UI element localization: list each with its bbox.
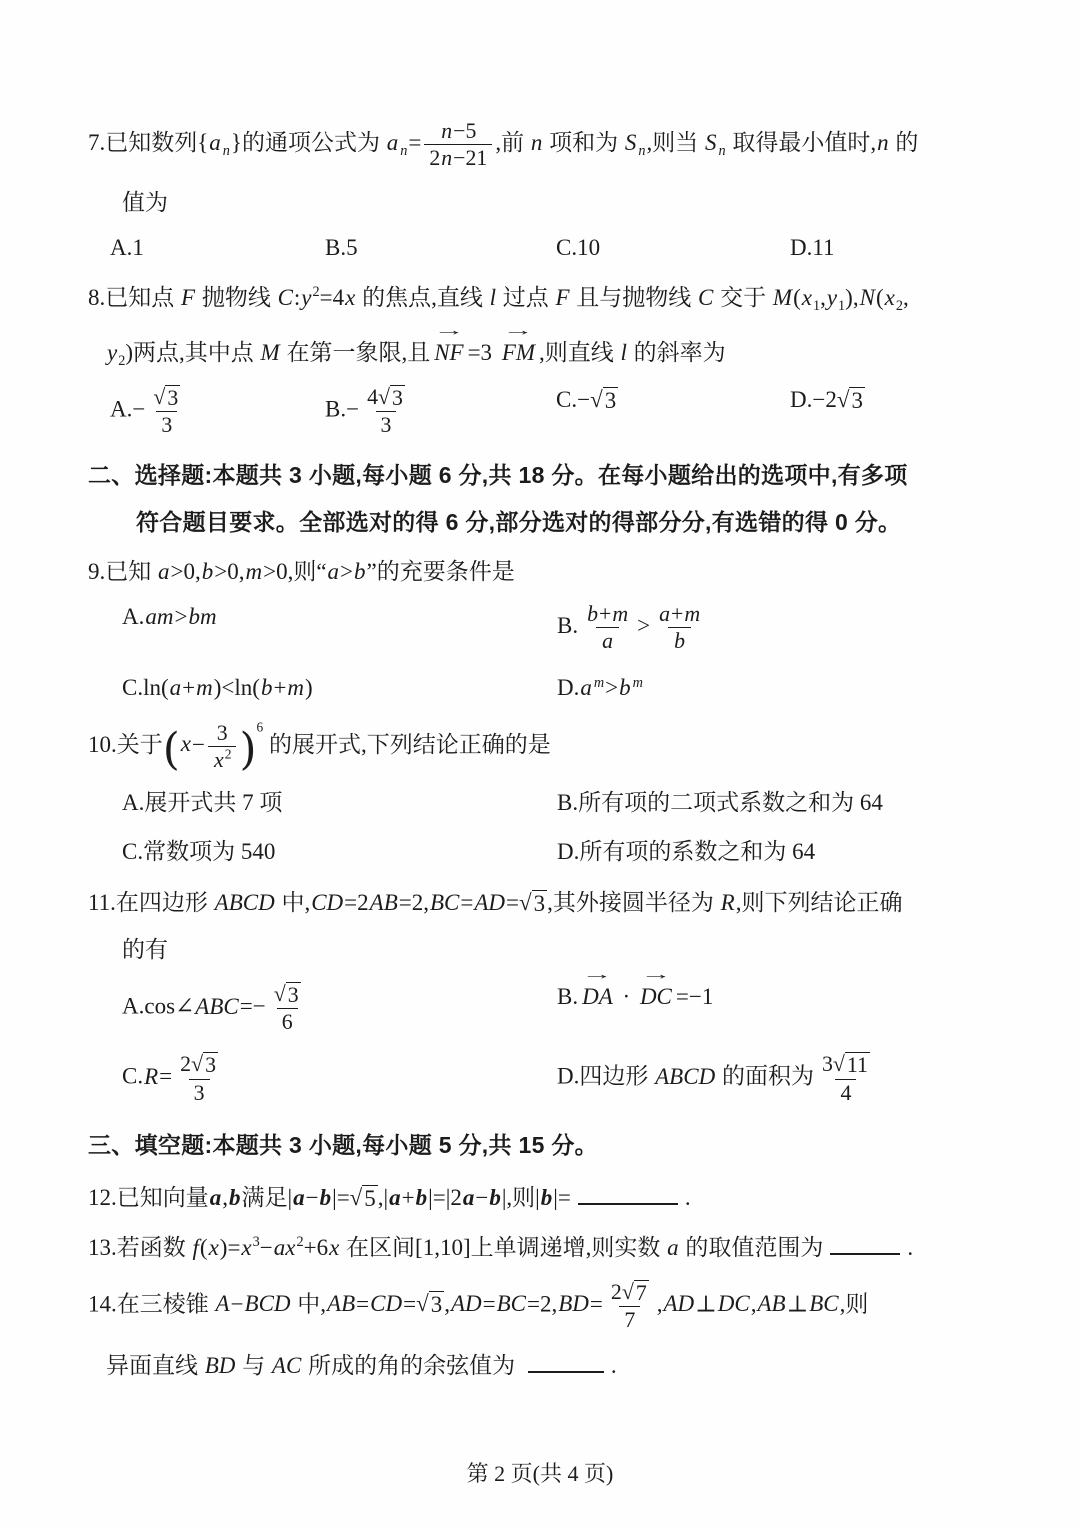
math-var: a [208,130,222,155]
numerator: b+m [581,601,634,627]
big-paren: ) [239,723,256,774]
math-var: am [144,604,174,629]
question-8-options-option-D: D.−2√3 [790,384,1000,438]
denominator: 3 [156,411,177,438]
fraction: 3x2 [208,720,236,773]
question-8-options-option-A: A.−√33 [110,384,325,438]
question-7-line-1: 7.已知数列{an}的通项公式为 an=n−52n−21,前 n 项和为 Sn,… [88,118,1000,171]
question-10-line-1: 10.关于(x−3x2)6 的展开式,下列结论正确的是 [88,720,1000,773]
math-var: AB [757,1291,787,1316]
radical-sign-icon: √ [153,385,165,410]
question-8-options: A.−√33B.−4√33C.−√3D.−2√3 [88,384,1000,438]
math-var: m [195,675,214,700]
question-9-options-row-1-option-A: A.am>bm [122,601,557,654]
question-7-options-option-A: A.1 [110,232,325,263]
math-vector-var: a [209,1185,223,1210]
math-var: n [399,143,408,159]
math-var: a [157,559,171,584]
math-var: a [386,130,400,155]
math-var: BCD [244,1291,292,1316]
section-2-header-line-1: 二、选择题:本题共 3 小题,每小题 6 分,共 18 分。在每小题给出的选项中… [88,460,1000,491]
math-vector-var: a [462,1185,476,1210]
question-10-options-row-2: C.常数项为 540D.所有项的系数之和为 64 [88,836,1000,867]
fraction: √33 [148,384,185,438]
math-var: AB [369,890,399,915]
math-var: a [666,1235,680,1260]
radical: √11 [833,1052,870,1078]
document-body: 7.已知数列{an}的通项公式为 an=n−52n−21,前 n 项和为 Sn,… [0,118,1080,1381]
math-var: n [222,143,231,159]
denominator: x2 [208,746,236,773]
math-var: A [215,1291,231,1316]
radical: √3 [153,385,180,411]
vector-arrow: FM [501,337,536,368]
answer-blank [578,1181,678,1205]
question-9: 9.已知 a>0,b>0,m>0,则“a>b”的充要条件是 [88,556,1000,587]
math-var: bm [187,604,217,629]
denominator: b [668,627,691,654]
subscript: 1 [838,297,845,313]
math-var: C [697,285,714,310]
question-11-options-row-2: C.R=2√33D.四边形 ABCD 的面积为3√114 [88,1051,1000,1105]
radicand: 3 [603,387,619,414]
math-var: a [327,559,341,584]
numerator: 3√11 [817,1051,875,1078]
fraction: b+ma [581,601,634,654]
math-var: y [826,285,838,310]
denominator: 3 [189,1079,210,1106]
question-10-options-row-1-option-A: A.展开式共 7 项 [122,787,557,818]
radicand: 3 [849,387,865,414]
math-vector-var: b [228,1185,242,1210]
superscript: 2 [296,1234,303,1250]
denominator: a [596,627,619,654]
question-7-options-option-C: C.10 [556,232,790,263]
question-10-options-row-1-option-B: B.所有项的二项式系数之和为 64 [557,787,1000,818]
question-12: 12.已知向量a,b满足|a−b|=√5,|a+b|=|2a−b|,则|b|=. [88,1181,1000,1213]
math-var: ABCD [214,890,276,915]
radical: √3 [378,385,405,411]
fraction: 2√33 [175,1051,223,1105]
numerator: a+m [653,601,706,627]
subscript: n [637,143,646,159]
question-11-options-row-1: A.cos∠ABC=−√36B.DA · DC=−1 [88,981,1000,1035]
exam-paper-page: 7.已知数列{an}的通项公式为 an=n−52n−21,前 n 项和为 Sn,… [0,0,1080,1528]
question-7-options-option-D: D.11 [790,232,1000,263]
page-number-footer: 第 2 页(共 4 页) [0,1457,1080,1488]
math-var: n [637,143,646,159]
radical-sign-icon: √ [416,1291,429,1317]
denominator: 7 [619,1306,640,1333]
math-var: AB [326,1291,356,1316]
math-var: BC [429,890,460,915]
question-8-line-1: 8.已知点 F 抛物线 C:y2=4x 的焦点,直线 l 过点 F 且与抛物线 … [88,282,1000,313]
math-var: b [618,675,632,700]
subscript: 2 [896,297,903,313]
question-9-options-row-2-option-B: D.am>bm [557,672,1000,703]
superscript: 3 [253,1234,260,1250]
question-11-options-row-1-option-B: B.DA · DC=−1 [557,981,1000,1035]
math-var: m [593,675,605,691]
math-vector-var: b [540,1185,554,1210]
subscript: 2 [118,353,125,369]
math-var: n [717,143,726,159]
radicand: 11 [845,1052,870,1078]
math-var: l [489,285,497,310]
fraction: a+mb [653,601,706,654]
question-10-options-row-2-option-B: D.所有项的系数之和为 64 [557,836,1000,867]
superscript: 2 [225,746,232,761]
radical-sign-icon: √ [622,1280,634,1305]
math-var: x [884,285,896,310]
math-var: NF [433,340,464,365]
math-var: BC [496,1291,527,1316]
math-var: y [300,285,312,310]
math-var: M [772,285,793,310]
math-var: ABCD [654,1064,716,1089]
vector-arrow: DC [639,981,673,1012]
subscript: 1 [813,297,820,313]
fraction: 2√77 [606,1279,654,1333]
question-11-options-row-2-option-B: D.四边形 ABCD 的面积为3√114 [557,1051,1000,1105]
math-var: x [180,731,192,756]
radical-sign-icon: √ [590,387,603,413]
math-vector-var: b [415,1185,429,1210]
math-var: a [658,602,671,626]
question-14-line-1: 14.在三棱锥 A−BCD 中,AB=CD=√3,AD=BC=2,BD=2√77… [88,1279,1000,1333]
radical: √3 [837,387,865,414]
numerator: √3 [269,981,306,1008]
radical-sign-icon: √ [378,385,390,410]
math-var: n [530,130,544,155]
radical-sign-icon: √ [274,982,286,1007]
answer-blank [528,1349,604,1373]
fraction: 4√33 [362,384,410,438]
math-var: DA [581,984,614,1009]
radical: √7 [622,1280,649,1306]
math-var: BC [808,1291,839,1316]
math-var: b [201,559,215,584]
radicand: 3 [165,385,180,411]
question-11-options-row-2-option-A: C.R=2√33 [122,1051,557,1105]
radical: √3 [274,982,301,1008]
numerator: 3 [212,720,233,746]
math-var: x [208,1235,220,1260]
subscript: n [222,143,231,159]
math-var: DC [717,1291,751,1316]
radical: √5 [350,1185,378,1212]
math-var: b [586,602,599,626]
math-var: x [240,1235,252,1260]
math-var: R [720,890,736,915]
math-var: C [277,285,294,310]
denominator: 3 [376,411,397,438]
math-var: R [143,1064,159,1089]
math-var: CD [369,1291,403,1316]
numerator: n−5 [435,118,481,144]
math-var: m [244,559,263,584]
question-9-options-row-1-option-B: B.b+ma>a+mb [557,601,1000,654]
radicand: 3 [390,385,405,411]
math-var: b [353,559,367,584]
radicand: 3 [203,1052,218,1078]
radical-sign-icon: √ [350,1185,363,1211]
math-var: m [683,602,701,626]
denominator: 4 [835,1079,856,1106]
radical: √3 [590,387,618,414]
numerator: √3 [148,384,185,411]
math-var: ax [273,1235,297,1260]
question-13: 13.若函数 f(x)=x3−ax2+6x 在区间[1,10]上单调递增,则实数… [88,1231,1000,1263]
radical-sign-icon: √ [837,387,850,413]
math-vector-var: a [292,1185,306,1210]
question-9-options-row-1: A.am>bmB.b+ma>a+mb [88,601,1000,654]
radicand: 3 [429,1291,445,1318]
math-var: n [876,130,890,155]
math-vector-var: b [319,1185,333,1210]
radical: √3 [416,1291,444,1318]
numerator: 4√3 [362,384,410,411]
math-vector-var: a [388,1185,402,1210]
math-var: AD [473,890,506,915]
math-var: x [801,285,813,310]
math-var: a [169,675,183,700]
math-var: AC [271,1353,302,1378]
fraction: n−52n−21 [424,118,492,171]
math-var: ABC [194,994,239,1019]
radicand: 7 [634,1280,649,1306]
math-var: BD [557,1291,590,1316]
numerator: 2√7 [606,1279,654,1306]
math-var: x [213,748,225,772]
radical-sign-icon: √ [519,890,532,916]
section-2-header-line-2: 符合题目要求。全部选对的得 6 分,部分选对的得部分分,有选错的得 0 分。 [88,507,1000,538]
fraction: √36 [269,981,306,1035]
subscript: n [717,143,726,159]
radicand: 5 [362,1185,378,1212]
math-var: AD [662,1291,695,1316]
fraction: 3√114 [817,1051,875,1105]
radical: √3 [191,1052,218,1078]
numerator: 2√3 [175,1051,223,1078]
math-var: N [859,285,876,310]
question-7-options: A.1B.5C.10D.11 [88,232,1000,263]
math-var: m [632,675,644,691]
question-14-line-2: 异面直线 BD 与 AC 所成的角的余弦值为 . [88,1349,1000,1381]
math-var: F [180,285,196,310]
math-var: M [260,340,281,365]
question-7-line-2: 值为 [88,187,1000,218]
math-var: x [344,285,356,310]
superscript: m [593,675,605,691]
radicand: 3 [286,982,301,1008]
math-var: S [624,130,638,155]
math-var: y [106,340,118,365]
question-8-line-2: y2)两点,其中点 M 在第一象限,且NF=3 FM,则直线 l 的斜率为 [88,337,1000,368]
math-var: n [440,119,453,143]
superscript: m [632,675,644,691]
math-var: m [286,675,305,700]
superscript: 2 [313,284,320,300]
math-var: n [440,146,453,170]
question-9-options-row-2: C.ln(a+m)<ln(b+m)D.am>bm [88,672,1000,703]
answer-blank [830,1231,900,1255]
math-var: S [704,130,718,155]
subscript: n [399,143,408,159]
math-var: a [579,675,593,700]
radicand: 3 [532,890,548,917]
question-11-line-2: 的有 [88,934,1000,965]
superscript: 6 [257,719,264,734]
math-vector-var: b [488,1185,502,1210]
question-7-options-option-B: B.5 [325,232,556,263]
math-var: a [601,629,614,653]
radical: √3 [519,890,547,917]
math-var: AD [450,1291,483,1316]
math-var: m [611,602,629,626]
math-var: l [620,340,628,365]
math-var: DC [639,984,673,1009]
math-var: BD [204,1353,237,1378]
question-11-options-row-1-option-A: A.cos∠ABC=−√36 [122,981,557,1035]
question-10-options-row-2-option-A: C.常数项为 540 [122,836,557,867]
math-var: CD [310,890,344,915]
radical-sign-icon: √ [833,1052,845,1077]
math-var: f [192,1235,200,1260]
question-8-options-option-B: B.−4√33 [325,384,556,438]
question-8-options-option-C: C.−√3 [556,384,790,438]
vector-arrow: DA [581,981,614,1012]
math-var: F [554,285,570,310]
math-var: x [328,1235,340,1260]
radical-sign-icon: √ [191,1052,203,1077]
math-var: b [673,629,686,653]
denominator: 2n−21 [424,144,492,171]
denominator: 6 [277,1008,298,1035]
question-9-options-row-2-option-A: C.ln(a+m)<ln(b+m) [122,672,557,703]
section-3-header: 三、填空题:本题共 3 小题,每小题 5 分,共 15 分。 [88,1130,1000,1161]
question-11-line-1: 11.在四边形 ABCD 中,CD=2AB=2,BC=AD=√3,其外接圆半径为… [88,887,1000,918]
math-var: FM [501,340,536,365]
vector-arrow: NF [433,337,464,368]
math-var: b [260,675,274,700]
question-10-options-row-1: A.展开式共 7 项B.所有项的二项式系数之和为 64 [88,787,1000,818]
big-paren: ( [163,723,180,774]
